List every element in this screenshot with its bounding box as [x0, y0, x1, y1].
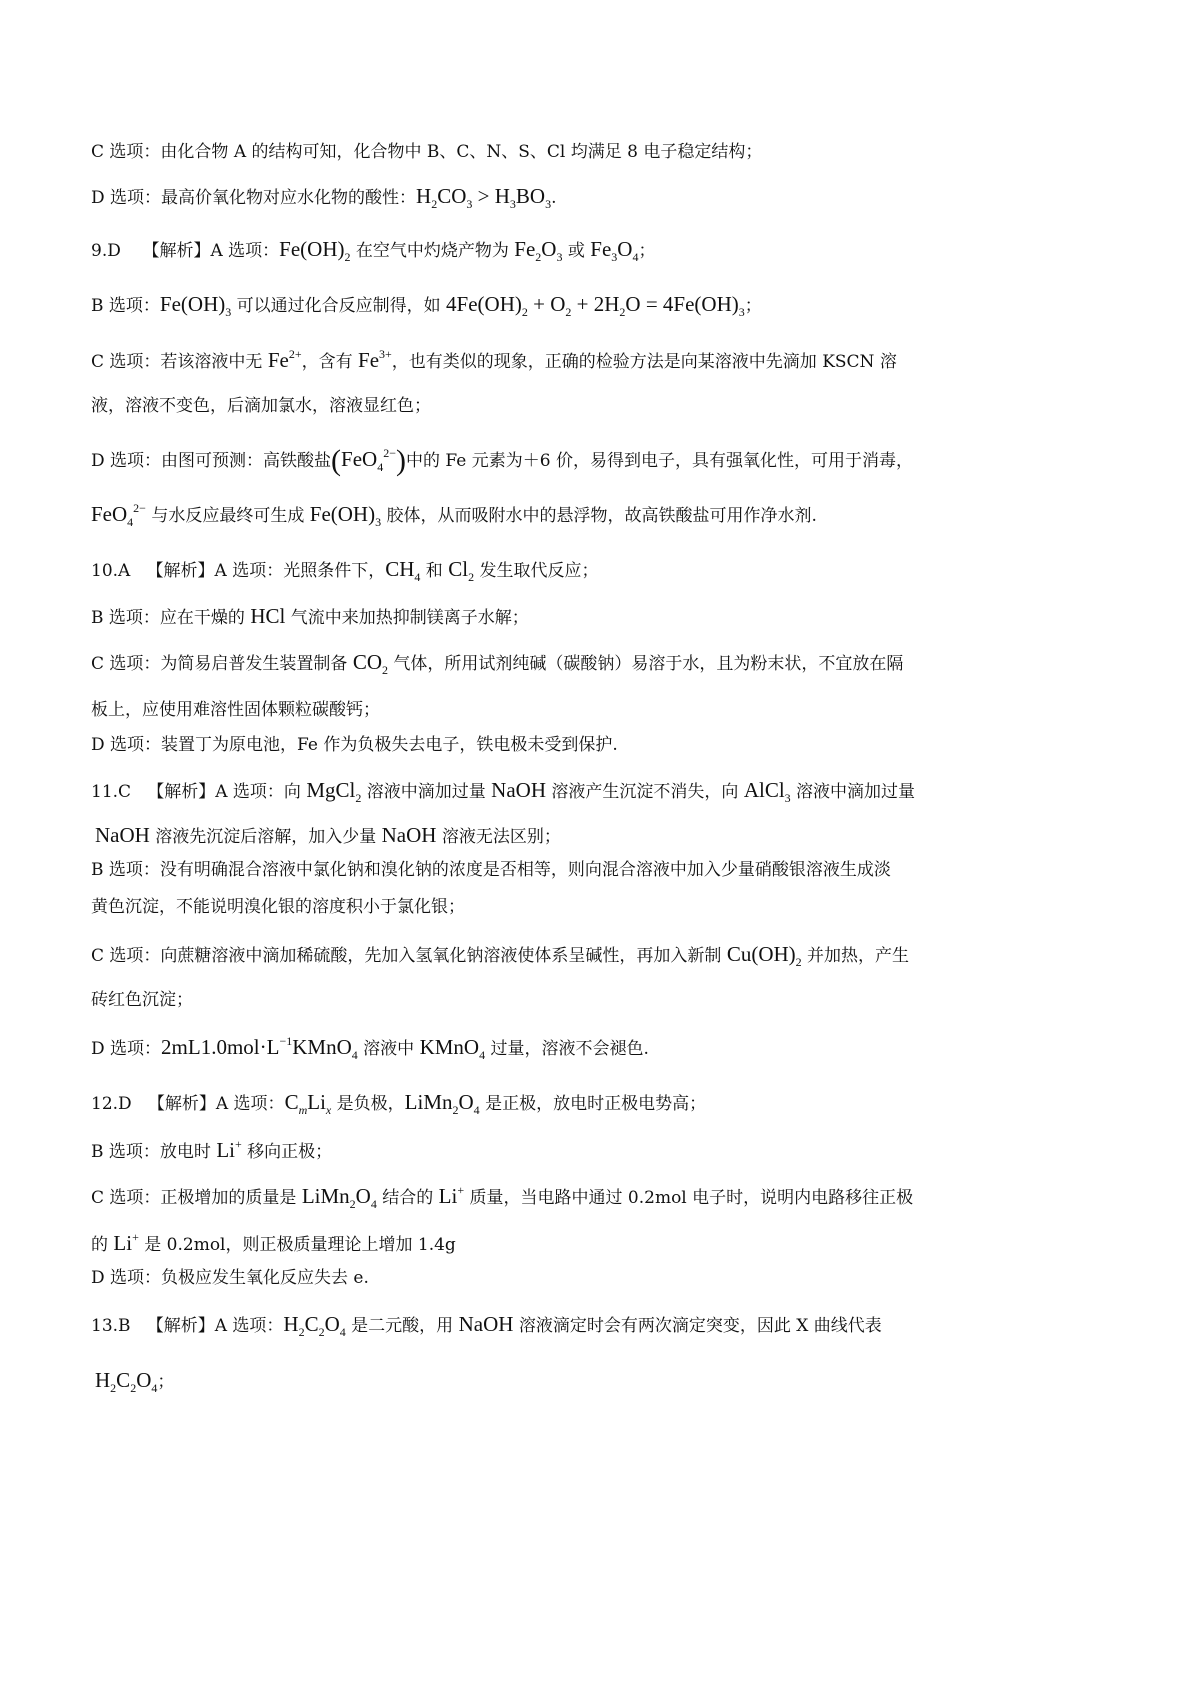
text-line: D 选项：负极应发生氧化反应失去 e.	[91, 1266, 369, 1290]
text-line: B 选项：放电时 Li+ 移向正极；	[91, 1138, 332, 1164]
text-line: B 选项：Fe(OH)3 可以通过化合反应制得，如 4Fe(OH)2 + O2 …	[91, 292, 762, 318]
document-page: C 选项：由化合物 A 的结构可知，化合物中 B、C、N、S、Cl 均满足 8 …	[0, 0, 1200, 1698]
text-line: D 选项：由图可预测：高铁酸盐(FeO42−)中的 Fe 元素为＋6 价，易得到…	[91, 447, 913, 473]
text-line: 板上，应使用难溶性固体颗粒碳酸钙；	[91, 698, 380, 722]
text-line: D 选项：最高价氧化物对应水化物的酸性：H2CO3 > H3BO3.	[91, 184, 557, 210]
text-line: C 选项：正极增加的质量是 LiMn2O4 结合的 Li+ 质量，当电路中通过 …	[91, 1184, 913, 1210]
text-line: D 选项：2mL1.0mol·L−1KMnO4 溶液中 KMnO4 过量，溶液不…	[91, 1035, 649, 1061]
text-line: C 选项：为简易启普发生装置制备 CO2 气体，所用试剂纯碱（碳酸钠）易溶于水，…	[91, 650, 903, 676]
text-line: 10.A 【解析】A 选项：光照条件下，CH4 和 Cl2 发生取代反应；	[91, 557, 598, 583]
text-line: 黄色沉淀，不能说明溴化银的溶度积小于氯化银；	[91, 895, 465, 919]
text-line: 12.D 【解析】A 选项：CmLix 是负极，LiMn2O4 是正极，放电时正…	[91, 1090, 706, 1116]
text-line: 砖红色沉淀；	[91, 988, 193, 1012]
text-line: 的 Li+ 是 0.2mol，则正极质量理论上增加 1.4g	[91, 1231, 456, 1257]
text-line: C 选项：由化合物 A 的结构可知，化合物中 B、C、N、S、Cl 均满足 8 …	[91, 140, 762, 164]
text-line: 13.B 【解析】A 选项：H2C2O4 是二元酸，用 NaOH 溶液滴定时会有…	[91, 1312, 882, 1338]
text-line: 11.C 【解析】A 选项：向 MgCl2 溶液中滴加过量 NaOH 溶液产生沉…	[91, 778, 915, 804]
text-line: B 选项：应在干燥的 HCl 气流中来加热抑制镁离子水解；	[91, 604, 529, 630]
text-line: C 选项：向蔗糖溶液中滴加稀硫酸，先加入氢氧化钠溶液使体系呈碱性，再加入新制 C…	[91, 942, 909, 968]
text-line: C 选项：若该溶液中无 Fe2+，含有 Fe3+，也有类似的现象，正确的检验方法…	[91, 348, 897, 374]
text-line: B 选项：没有明确混合溶液中氯化钠和溴化钠的浓度是否相等，则向混合溶液中加入少量…	[91, 858, 891, 882]
text-line: FeO42− 与水反应最终可生成 Fe(OH)3 胶体，从而吸附水中的悬浮物，故…	[91, 502, 817, 528]
text-line: 9.D 【解析】A 选项：Fe(OH)2 在空气中灼烧产物为 Fe2O3 或 F…	[91, 237, 655, 263]
text-line: H2C2O4；	[95, 1368, 174, 1394]
text-line: 液，溶液不变色，后滴加氯水，溶液显红色；	[91, 394, 431, 418]
text-line: NaOH 溶液先沉淀后溶解，加入少量 NaOH 溶液无法区别；	[95, 823, 561, 849]
text-line: D 选项：装置丁为原电池，Fe 作为负极失去电子，铁电极未受到保护.	[91, 733, 618, 757]
